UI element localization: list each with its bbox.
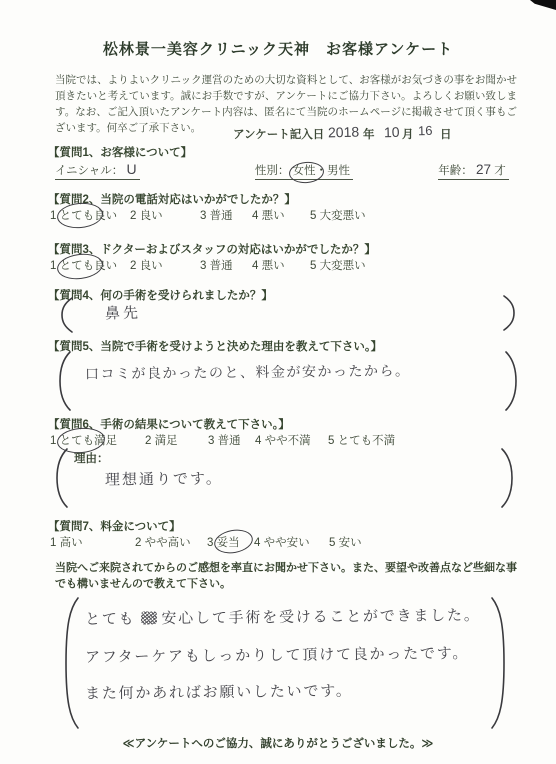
q6-reason-bracket-right bbox=[500, 447, 514, 509]
q4-heading: 【質問4、何の手術を受けられましたか？】 bbox=[48, 287, 273, 303]
q2-option-4: 4 悪い bbox=[252, 207, 310, 223]
survey-date-day-unit: 日 bbox=[440, 126, 452, 142]
q2-option-2: 2 良い bbox=[130, 207, 200, 223]
q1-age-value: 27 bbox=[476, 162, 491, 177]
q1-gender-field: 性別： 女性・男性 bbox=[255, 165, 353, 180]
q3-option-1: 1 とても良い bbox=[50, 257, 130, 273]
q6-option-1: 1 とても満足 bbox=[50, 432, 145, 448]
feedback-prompt: 当院へご来院されてからのご感想を率直にお聞かせ下さい。また、要望や改善点など些細… bbox=[55, 560, 517, 592]
q7-heading: 【質問7、料金について】 bbox=[48, 518, 181, 534]
footer-thanks: ≪アンケートへのご協力、誠にありがとうございました。≫ bbox=[0, 735, 556, 751]
q2-option-1: 1 とても良い bbox=[50, 207, 130, 223]
q4-answer-bracket-left bbox=[60, 296, 74, 334]
q6-option-3: 3 普通 bbox=[208, 432, 255, 448]
survey-date-row: アンケート記入日 2018 年 10 月 16 日 bbox=[0, 126, 556, 144]
q6-heading: 【質問6、手術の結果について教えて下さい。】 bbox=[48, 416, 290, 432]
q6-reason-text: 理想通りです。 bbox=[105, 467, 223, 489]
q1-initial-value: U bbox=[127, 161, 137, 177]
q2-option-3: 3 普通 bbox=[200, 207, 252, 223]
q7-option-2: 2 やや高い bbox=[135, 534, 207, 550]
q6-option-4: 4 やや不満 bbox=[255, 432, 328, 448]
q4-answer-bracket-right bbox=[502, 294, 516, 332]
q6-reason-label: 理由： bbox=[74, 450, 109, 466]
comment-line-1: とても安心して手術を受けることができました。 bbox=[85, 604, 481, 629]
comment-line-3: また何かあればお願いしたいです。 bbox=[85, 680, 353, 704]
q2-option-5: 5 大変悪い bbox=[310, 207, 366, 223]
q2-heading: 【質問2、当院の電話対応はいかがでしたか？】 bbox=[48, 191, 296, 207]
q1-initial-field: イニシャル： U bbox=[55, 165, 140, 180]
survey-date-day-value: 16 bbox=[418, 123, 433, 138]
q1-gender-options: 女性・男性 bbox=[293, 165, 354, 177]
page-title: 松林景一美容クリニック天神 お客様アンケート bbox=[0, 38, 556, 59]
q1-gender-label: 性別： bbox=[255, 165, 290, 177]
q3-option-5: 5 大変悪い bbox=[310, 257, 366, 273]
q1-age-field: 年齢： 27 才 bbox=[438, 165, 509, 180]
q2-options-row: 1 とても良い 2 良い 3 普通 4 悪い 5 大変悪い bbox=[50, 207, 366, 223]
q3-options-row: 1 とても良い 2 良い 3 普通 4 悪い 5 大変悪い bbox=[50, 257, 366, 273]
scribbled-out-character bbox=[141, 611, 157, 624]
q1-age-unit: 才 bbox=[494, 165, 506, 177]
q6-options-row: 1 とても満足 2 満足 3 普通 4 やや不満 5 とても不満 bbox=[50, 432, 395, 448]
survey-date-year-value: 2018 bbox=[328, 124, 360, 141]
survey-date-label: アンケート記入日 bbox=[233, 126, 324, 142]
q6-option-2: 2 満足 bbox=[145, 432, 208, 448]
q1-initial-label: イニシャル： bbox=[55, 165, 123, 177]
q6-reason-bracket-left bbox=[55, 447, 69, 509]
q7-option-3: 3 妥当 bbox=[207, 534, 254, 550]
q4-answer-text: 鼻先 bbox=[105, 302, 142, 324]
q7-options-row: 1 高い 2 やや高い 3 妥当 4 やや安い 5 安い bbox=[50, 534, 362, 550]
q7-option-5: 5 安い bbox=[329, 534, 362, 550]
survey-document: 松林景一美容クリニック天神 お客様アンケート 当院では、よりよいクリニック運営の… bbox=[0, 0, 556, 764]
q1-fields-row: イニシャル： U 性別： 女性・男性 年齢： 27 才 住所： 福岡 都道府県 bbox=[0, 158, 556, 178]
q3-option-3: 3 普通 bbox=[200, 257, 252, 273]
q3-heading: 【質問3、ドクターおよびスタッフの対応はいかがでしたか？】 bbox=[48, 241, 376, 257]
comment-line-2: アフターケアもしっかりして頂けて良かったです。 bbox=[85, 642, 469, 667]
survey-date-year-unit: 年 bbox=[363, 126, 375, 142]
q3-option-2: 2 良い bbox=[130, 257, 200, 273]
q5-answer-bracket-right bbox=[504, 350, 518, 412]
scan-corner-artifact bbox=[530, 0, 556, 10]
comment-bracket-right bbox=[490, 596, 506, 730]
q7-option-1: 1 高い bbox=[50, 534, 135, 550]
q5-answer-text: 口コミが良かったのと、料金が安かったから。 bbox=[85, 360, 411, 383]
q1-age-label: 年齢： bbox=[438, 165, 473, 177]
q5-heading: 【質問5、当院で手術を受けようと決めた理由を教えて下さい。】 bbox=[48, 338, 382, 354]
survey-date-month-value: 10 bbox=[384, 124, 400, 140]
q3-option-4: 4 悪い bbox=[252, 257, 310, 273]
survey-date-month-unit: 月 bbox=[402, 126, 414, 142]
comment-bracket-left bbox=[64, 596, 80, 730]
q6-option-5: 5 とても不満 bbox=[328, 432, 395, 448]
q5-answer-bracket-left bbox=[58, 350, 72, 412]
q7-option-4: 4 やや安い bbox=[254, 534, 329, 550]
